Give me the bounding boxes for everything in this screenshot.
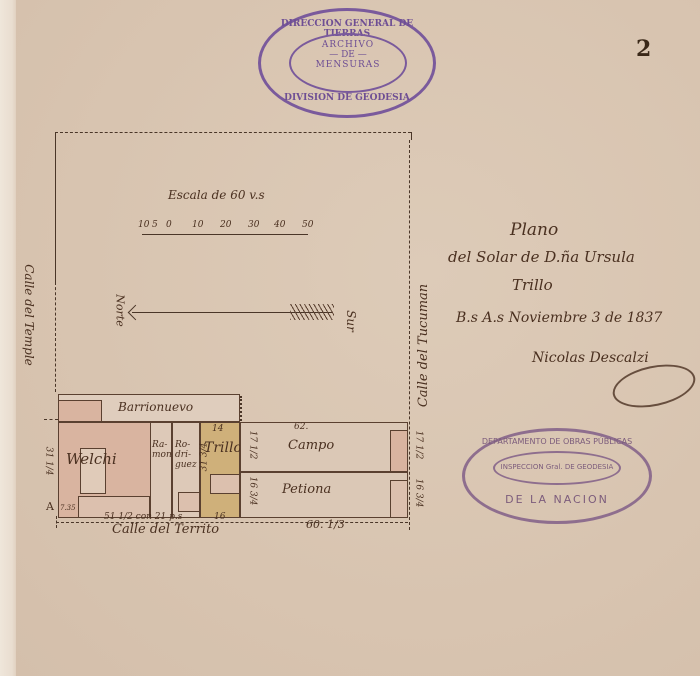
trillo-top-measure: 14 [212, 424, 223, 434]
lot-rodriguez-bottom [178, 492, 200, 512]
campo-top-measure: 62. [294, 422, 308, 432]
label-barrionuevo: Barrionuevo [118, 400, 193, 414]
block-left-boundary-dashed [55, 282, 56, 392]
archive-de: — DE — [291, 50, 405, 60]
obras-stamp-inner: INSPECCION Gral. DE GEODESIA [493, 451, 621, 485]
street-temple: Calle del Temple [22, 264, 36, 366]
lot-trillo-notch [210, 474, 240, 494]
lot-campo-corner [390, 430, 408, 472]
compass-arrow-feathers [290, 304, 334, 320]
street-territo: Calle del Territo [112, 522, 219, 537]
label-petiona: Petiona [282, 482, 331, 497]
title-signature: Nicolas Descalzi [532, 350, 649, 366]
left-side-measure: 31 1/4 [43, 447, 53, 476]
label-welchi: Welchi [66, 450, 117, 468]
lot-petiona-corner [390, 480, 408, 518]
trillo-bottom-measure: 16 [214, 512, 225, 522]
archive-stamp-inner: ARCHIVO — DE — MENSURAS [289, 33, 407, 93]
block-top-boundary [55, 132, 411, 133]
archive-stamp-bottom: DIVISION DE GEODESIA [269, 93, 425, 103]
point-a-offset: 7.35 [60, 504, 76, 512]
obras-stamp-bottom: DE LA NACION [475, 493, 639, 506]
obras-inspeccion: INSPECCION Gral. DE GEODESIA [495, 463, 619, 471]
block-right-boundary [411, 132, 412, 140]
trillo-side-measure: 31 3/4 [199, 443, 209, 472]
lot-ramon [150, 422, 172, 518]
label-ramon: Ra-mon [152, 440, 172, 460]
compass-north: Norte [114, 294, 127, 326]
label-trillo: Trillo [204, 440, 242, 456]
campo-side-measure: 17 1/2 [247, 431, 257, 460]
compass-south: Sur [344, 310, 358, 332]
title-trillo: Trillo [512, 276, 553, 294]
archive-mensuras: MENSURAS [291, 60, 405, 70]
obras-stamp-top: DEPARTAMENTO DE OBRAS PÚBLICAS [475, 437, 639, 446]
archive-stamp: DIRECCION GENERAL DE TIERRAS ARCHIVO — D… [258, 8, 436, 118]
title-solar: del Solar de D.ña Ursula [448, 248, 635, 266]
scale-label: Escala de 60 v.s [168, 188, 265, 202]
point-a: A [46, 500, 54, 513]
bottom-left-tick [56, 516, 57, 528]
petiona-side-measure: 16 3/4 [247, 477, 257, 506]
barrionuevo-dotted [44, 419, 58, 420]
scale-ticks: 10 5 0 10 20 30 40 50 [138, 220, 318, 240]
bottom-left-measure: 51 1/2 con 21 p.s [104, 512, 182, 522]
title-plano: Plano [510, 220, 558, 240]
title-date: B.s A.s Noviembre 3 de 1837 [456, 310, 662, 326]
archive-label: ARCHIVO [291, 40, 405, 50]
label-campo: Campo [288, 438, 334, 453]
right-lower-measure: 16 3/4 [413, 479, 423, 508]
bottom-right-measure: 60. 1/3 [306, 518, 345, 531]
page-number: 2 [636, 36, 651, 62]
block-right-boundary-dashed [409, 140, 410, 530]
obras-stamp: DEPARTAMENTO DE OBRAS PÚBLICAS INSPECCIO… [462, 428, 652, 524]
bottom-boundary-dashed [56, 522, 408, 523]
street-tucuman: Calle del Tucuman [416, 284, 431, 407]
label-rodriguez: Ro-dri-guez [175, 440, 197, 470]
block-left-boundary [55, 132, 56, 282]
right-upper-measure: 17 1/2 [413, 431, 423, 460]
lot-barrionuevo-corner [58, 400, 102, 422]
